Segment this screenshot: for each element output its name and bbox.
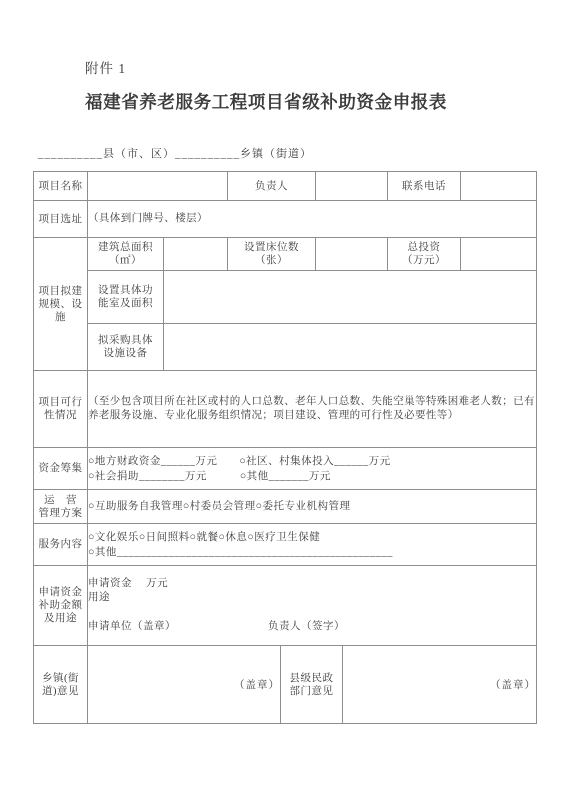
feasibility-label: 项目可行 性情况	[34, 371, 88, 448]
row-equipment: 拟采购具体 设施设备	[34, 324, 537, 371]
project-name-label: 项目名称	[34, 172, 88, 201]
town-opinion-label: 乡镇(街 道)意见	[34, 646, 88, 724]
services-line-1: ○文化娱乐○日间照料○就餐○休息○医疗卫生保健	[88, 530, 536, 545]
funding-label: 资金筹集	[34, 448, 88, 490]
row-funding: 资金筹集 ○地方财政资金______万元 ○社区、村集体投入______万元 ○…	[34, 448, 537, 490]
row-scale-metrics: 项目拟建 规模、设 施 建筑总面积 （㎡） 设置床位数 （张） 总投资 （万元）	[34, 238, 537, 271]
application-usage-line: 用途	[88, 591, 536, 605]
application-sign-row: 申请单位（盖章） 负责人（签字）	[88, 620, 536, 634]
building-area-label: 建筑总面积 （㎡）	[88, 238, 164, 271]
equipment-label: 拟采购具体 设施设备	[88, 324, 164, 371]
investment-label: 总投资 （万元）	[388, 238, 461, 271]
building-area-value-cell	[164, 238, 228, 271]
application-label: 申请资金 补助金额 及用途	[34, 566, 88, 646]
attachment-label: 附件 1	[85, 57, 126, 77]
row-project-name: 项目名称 负责人 联系电话	[34, 172, 537, 201]
row-project-site: 项目选址 （具体到门牌号、楼层）	[34, 201, 537, 238]
services-label: 服务内容	[34, 524, 88, 566]
row-feasibility: 项目可行 性情况 （至少包含项目所在社区或村的人口总数、老年人口总数、失能空巢等…	[34, 371, 537, 448]
project-name-value-cell	[88, 172, 228, 201]
operation-options-cell: ○互助服务自我管理○村委员会管理○委托专业机构管理	[88, 490, 537, 524]
location-fill-in-line: __________县（市、区）__________乡镇（街道）	[38, 145, 312, 161]
application-amount-line: 申请资金 万元	[88, 577, 536, 591]
site-note-cell: （具体到门牌号、楼层）	[88, 201, 537, 238]
funding-line-2: ○社会捐助________万元 ○其他_______万元	[88, 469, 536, 484]
county-opinion-label: 县级民政 部门意见	[281, 646, 343, 724]
scale-section-label: 项目拟建 规模、设 施	[34, 238, 88, 371]
beds-value-cell	[316, 238, 388, 271]
investment-value-cell	[461, 238, 537, 271]
beds-label: 设置床位数 （张）	[228, 238, 316, 271]
funding-options-cell: ○地方财政资金______万元 ○社区、村集体投入______万元 ○社会捐助_…	[88, 448, 537, 490]
feasibility-note-cell: （至少包含项目所在社区或村的人口总数、老年人口总数、失能空巢等特殊困难老人数；已…	[88, 371, 537, 448]
equipment-value-cell	[164, 324, 537, 371]
row-services: 服务内容 ○文化娱乐○日间照料○就餐○休息○医疗卫生保健 ○其他________…	[34, 524, 537, 566]
services-line-2: ○其他_____________________________________…	[88, 545, 536, 560]
function-rooms-value-cell	[164, 271, 537, 324]
site-label: 项目选址	[34, 201, 88, 238]
function-rooms-label: 设置具体功 能室及面积	[88, 271, 164, 324]
application-form-table: 项目名称 负责人 联系电话 项目选址 （具体到门牌号、楼层） 项目拟建 规模、设…	[33, 171, 537, 724]
services-options-cell: ○文化娱乐○日间照料○就餐○休息○医疗卫生保健 ○其他_____________…	[88, 524, 537, 566]
apply-unit-seal-label: 申请单位（盖章）	[88, 620, 176, 634]
phone-value-cell	[461, 172, 537, 201]
county-opinion-seal-cell: （盖章）	[343, 646, 537, 724]
application-detail-cell: 申请资金 万元 用途 申请单位（盖章） 负责人（签字）	[88, 566, 537, 646]
row-application-amount: 申请资金 补助金额 及用途 申请资金 万元 用途 申请单位（盖章） 负责人（签字…	[34, 566, 537, 646]
document-title: 福建省养老服务工程项目省级补助资金申报表	[85, 89, 447, 114]
funding-line-1: ○地方财政资金______万元 ○社区、村集体投入______万元	[88, 454, 536, 469]
operation-label: 运 营 管理方案	[34, 490, 88, 524]
row-operation: 运 营 管理方案 ○互助服务自我管理○村委员会管理○委托专业机构管理	[34, 490, 537, 524]
manager-label: 负责人	[228, 172, 316, 201]
document-page: 附件 1 福建省养老服务工程项目省级补助资金申报表 __________县（市、…	[0, 0, 565, 800]
manager-value-cell	[316, 172, 388, 201]
phone-label: 联系电话	[388, 172, 461, 201]
manager-signature-label: 负责人（签字）	[268, 620, 345, 634]
town-opinion-seal-cell: （盖章）	[88, 646, 281, 724]
row-function-rooms: 设置具体功 能室及面积	[34, 271, 537, 324]
row-opinions: 乡镇(街 道)意见 （盖章） 县级民政 部门意见 （盖章）	[34, 646, 537, 724]
